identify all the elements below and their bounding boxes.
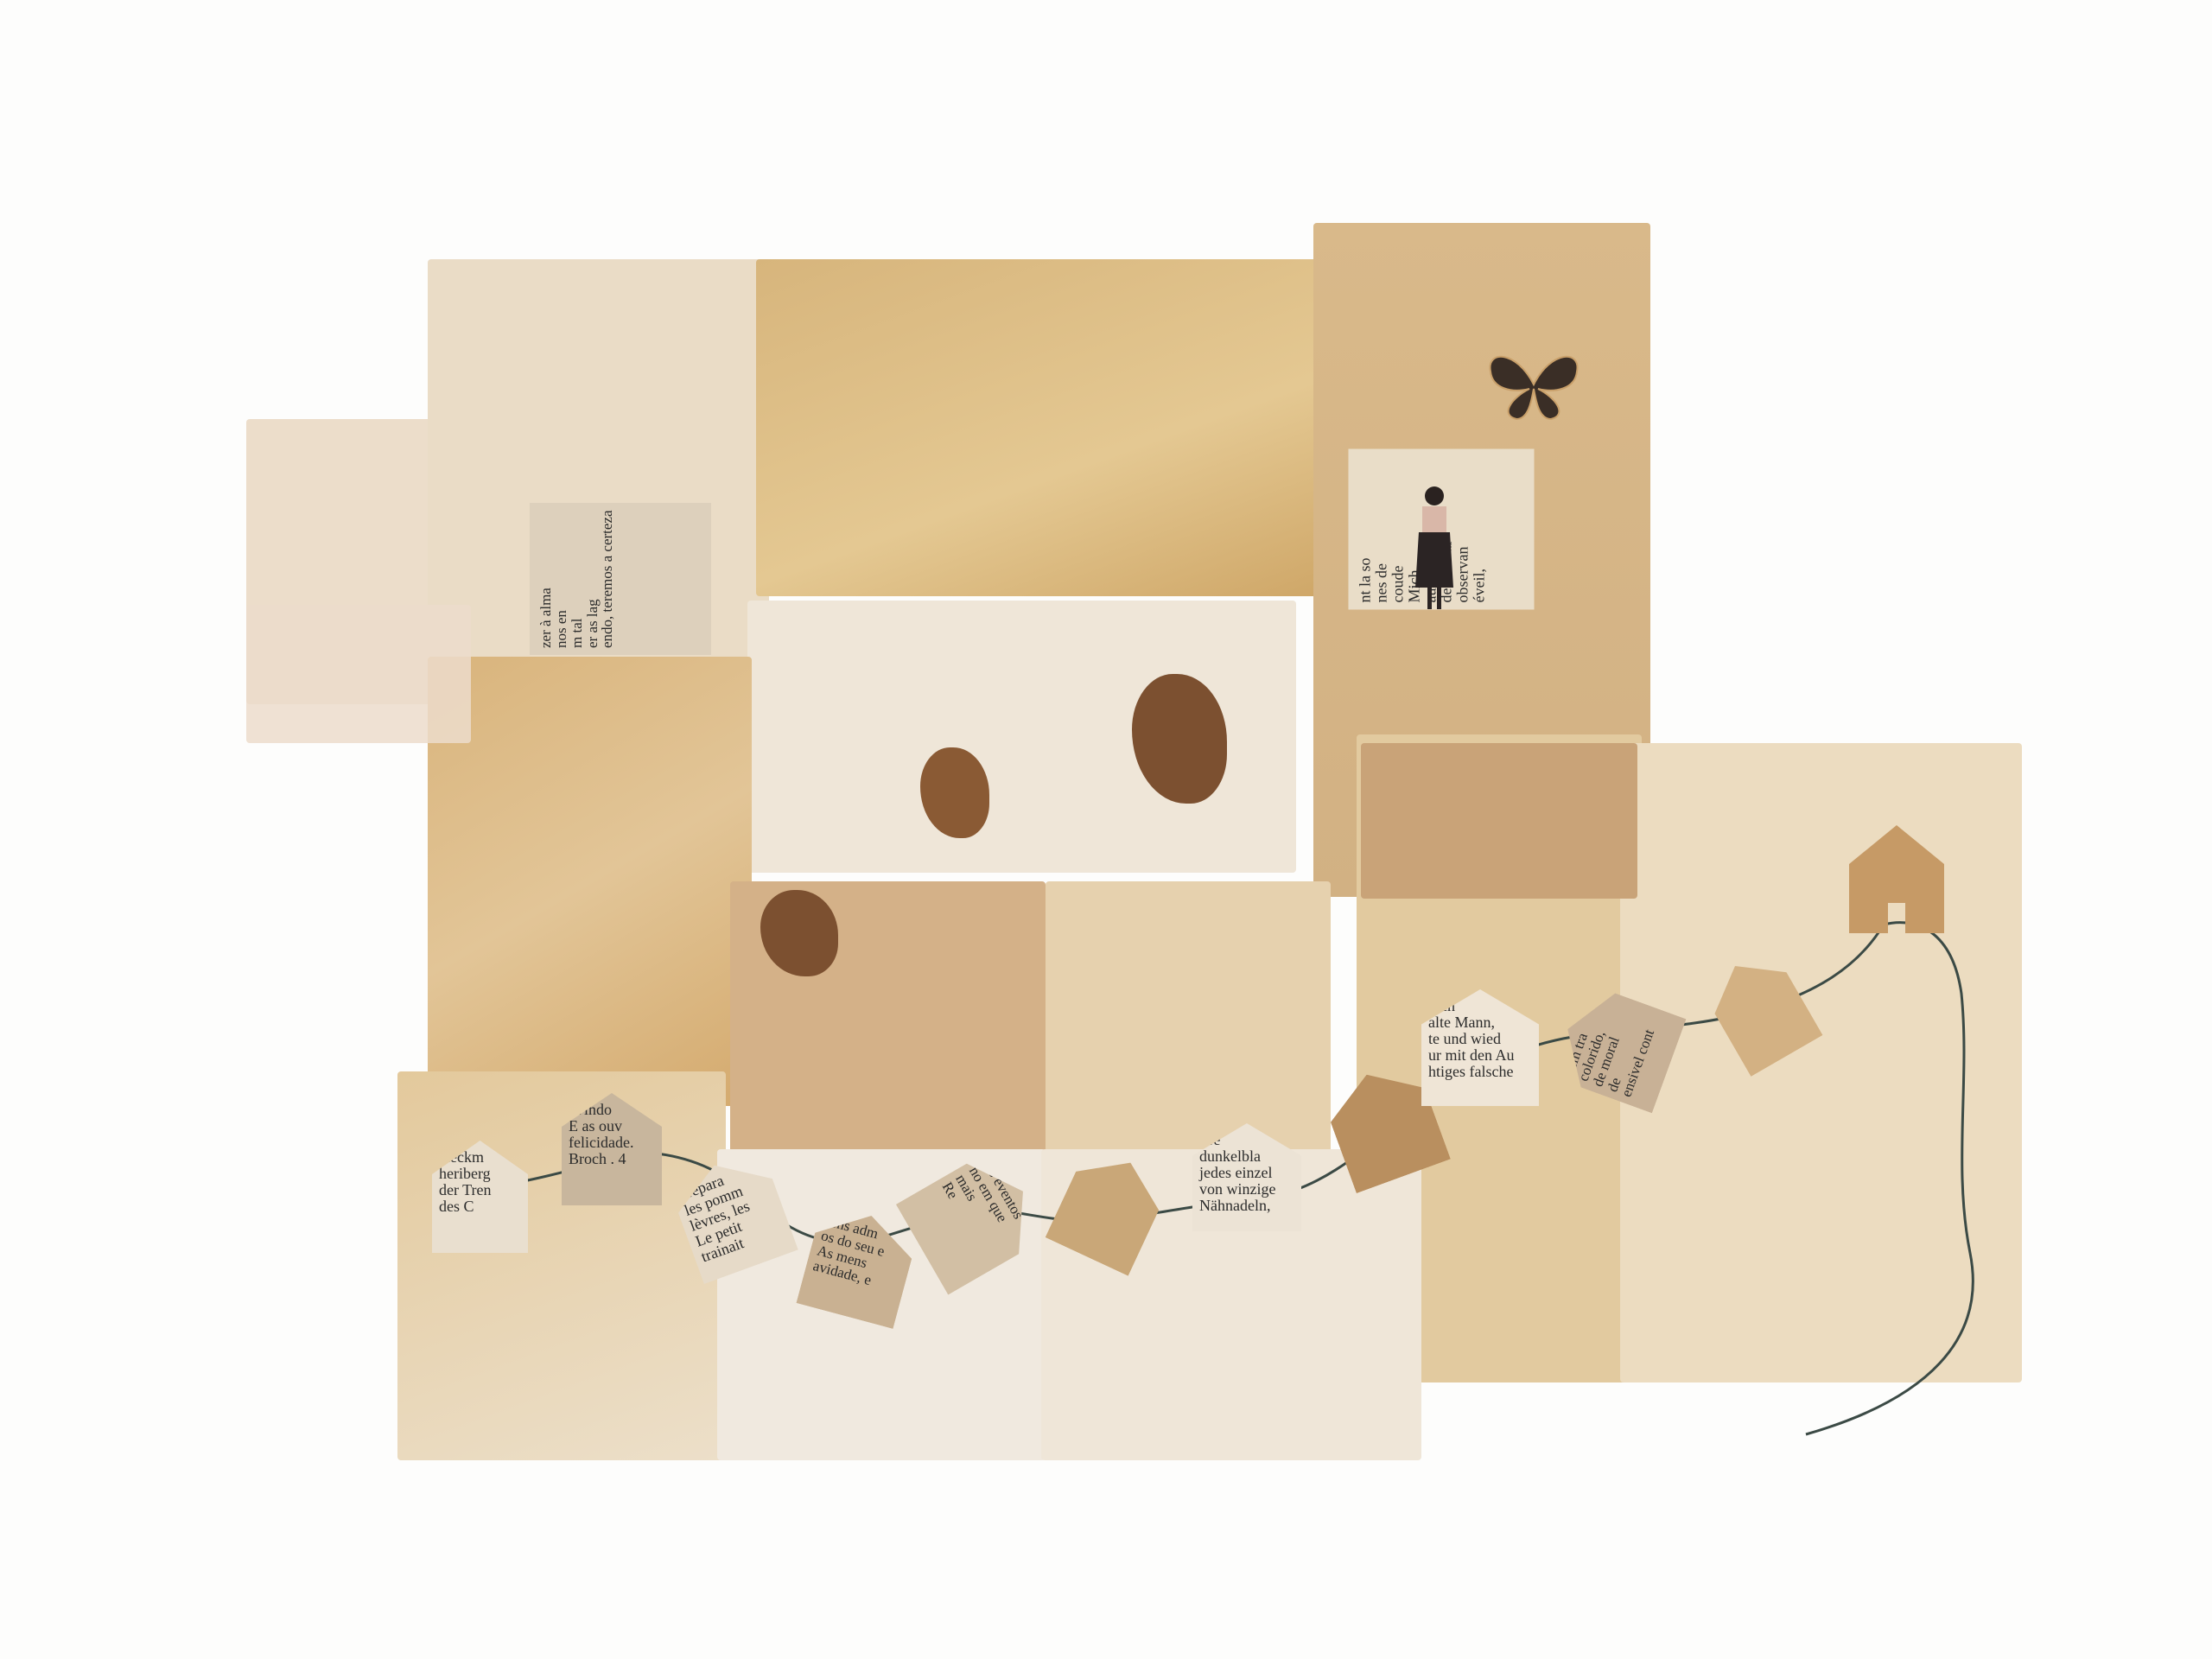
house-with-door-icon (1845, 825, 1948, 933)
tea-bag-collage: nt la so nes de coude Mich au rapp desce… (0, 0, 2212, 1659)
